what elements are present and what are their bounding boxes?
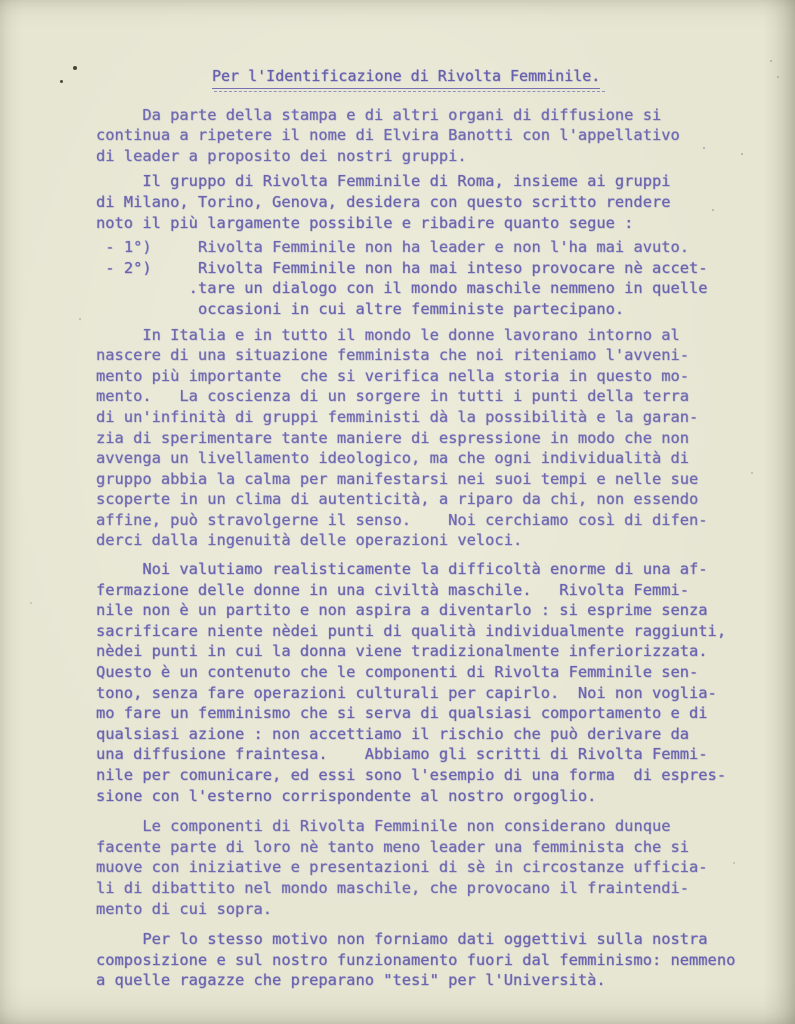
paragraph-no-leader: Le componenti di Rivolta Femminile non c… (96, 816, 768, 919)
paragraph-intro-banotti: Da parte della stampa e di altri organi … (96, 105, 768, 167)
paragraph-not-a-party: Noi valutiamo realisticamente la diffico… (96, 559, 768, 806)
paper-speck (79, 318, 81, 320)
typewritten-text: Per l'Identificazione di Rivolta Femmini… (96, 66, 768, 991)
paragraph-italy-world: In Italia e in tutto il mondo le donne l… (96, 325, 768, 552)
list-item-1: - 1°) Rivolta Femminile non ha leader e … (96, 237, 768, 258)
paper-speck (30, 602, 32, 604)
paragraph-groups-statement: Il gruppo di Rivolta Femminile di Roma, … (96, 171, 768, 233)
paper-speck (770, 60, 772, 62)
list-item-2: - 2°) Rivolta Femminile non ha mai intes… (96, 258, 768, 320)
paper-speck (73, 66, 77, 70)
paper-speck (777, 76, 779, 78)
paper-speck (60, 80, 63, 83)
page-title: Per l'Identificazione di Rivolta Femmini… (212, 66, 600, 89)
paragraph-no-data: Per lo stesso motivo non forniamo dati o… (96, 929, 768, 991)
document-page: Per l'Identificazione di Rivolta Femmini… (0, 0, 795, 1024)
